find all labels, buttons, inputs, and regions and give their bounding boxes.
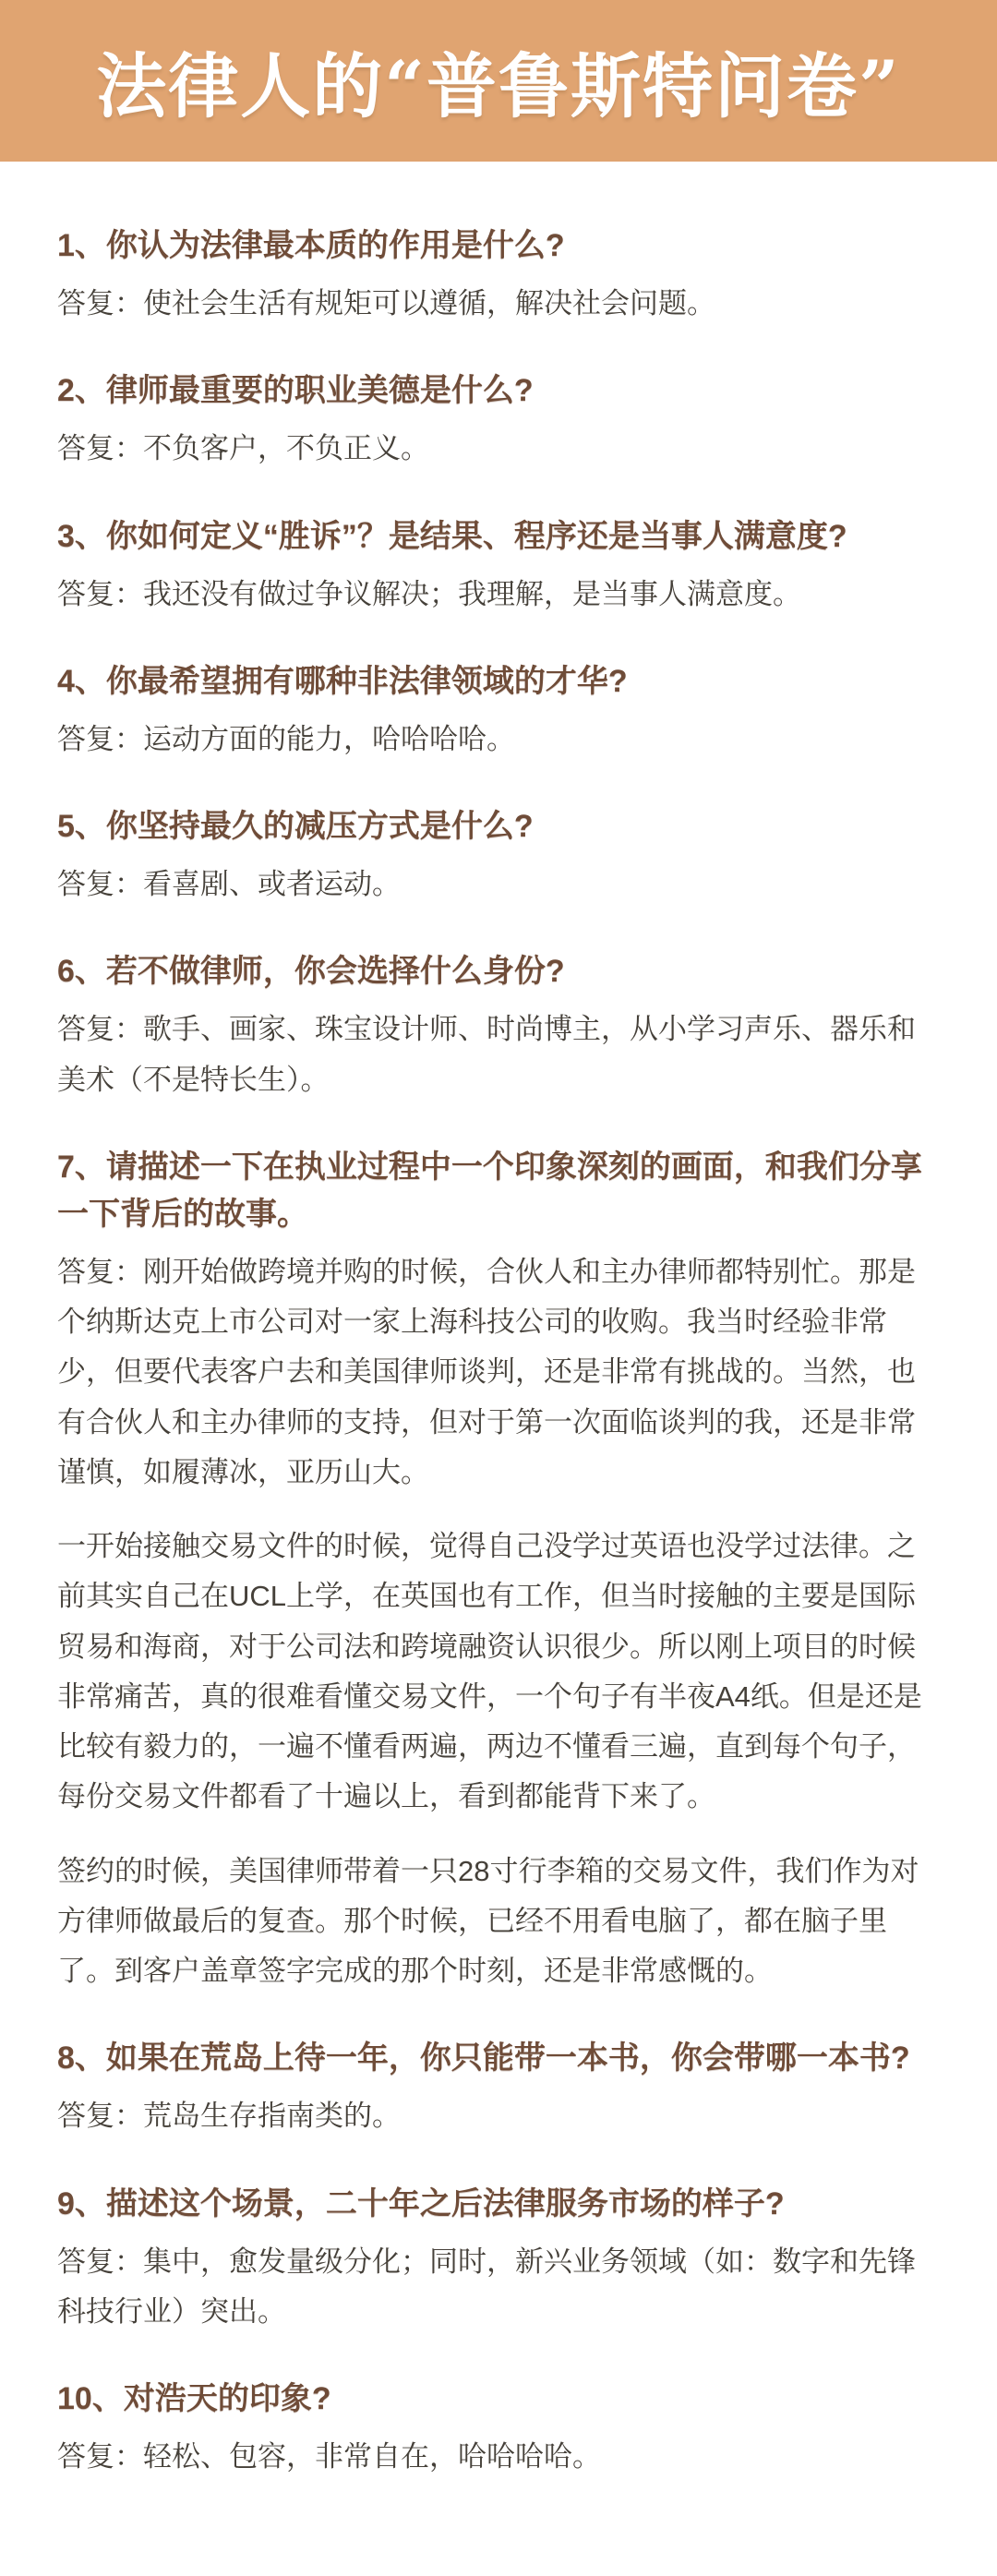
answer-paragraph: 答复：看喜剧、或者运动。 [57, 860, 938, 909]
question-heading: 8、如果在荒岛上待一年，你只能带一本书，你会带哪一本书? [57, 2035, 938, 2082]
answer-paragraph: 答复：刚开始做跨境并购的时候，合伙人和主办律师都特别忙。那是个纳斯达克上市公司对… [57, 1247, 938, 1498]
question-heading: 7、请描述一下在执业过程中一个印象深刻的画面，和我们分享一下背后的故事。 [57, 1144, 938, 1238]
question-heading: 1、你认为法律最本质的作用是什么? [57, 223, 938, 270]
question-heading: 10、对浩天的印象? [57, 2376, 938, 2423]
answer-paragraph: 答复：运动方面的能力，哈哈哈哈。 [57, 715, 938, 764]
qa-block: 6、若不做律师，你会选择什么身份?答复：歌手、画家、珠宝设计师、时尚博主，从小学… [57, 948, 938, 1105]
question-heading: 9、描述这个场景，二十年之后法律服务市场的样子? [57, 2181, 938, 2228]
qa-block: 10、对浩天的印象?答复：轻松、包容，非常自在，哈哈哈哈。 [57, 2376, 938, 2482]
question-heading: 4、你最希望拥有哪种非法律领域的才华? [57, 658, 938, 705]
qa-block: 5、你坚持最久的减压方式是什么?答复：看喜剧、或者运动。 [57, 803, 938, 909]
qa-article: 1、你认为法律最本质的作用是什么?答复：使社会生活有规矩可以遵循，解决社会问题。… [0, 162, 997, 2576]
question-heading: 2、律师最重要的职业美德是什么? [57, 367, 938, 415]
qa-block: 1、你认为法律最本质的作用是什么?答复：使社会生活有规矩可以遵循，解决社会问题。 [57, 223, 938, 329]
answer-paragraph: 答复：不负客户，不负正义。 [57, 424, 938, 474]
qa-block: 7、请描述一下在执业过程中一个印象深刻的画面，和我们分享一下背后的故事。答复：刚… [57, 1144, 938, 1997]
answer-paragraph: 答复：集中，愈发量级分化；同时，新兴业务领域（如：数字和先锋科技行业）突出。 [57, 2237, 938, 2338]
answer-paragraph: 一开始接触交易文件的时候，觉得自己没学过英语也没学过法律。之前其实自己在UCL上… [57, 1522, 938, 1823]
answer-paragraph: 答复：使社会生活有规矩可以遵循，解决社会问题。 [57, 279, 938, 329]
qa-block: 2、律师最重要的职业美德是什么?答复：不负客户，不负正义。 [57, 367, 938, 474]
answer-paragraph: 答复：荒岛生存指南类的。 [57, 2091, 938, 2141]
answer-paragraph: 答复：轻松、包容，非常自在，哈哈哈哈。 [57, 2432, 938, 2482]
question-heading: 3、你如何定义“胜诉”？是结果、程序还是当事人满意度? [57, 513, 938, 560]
qa-list: 1、你认为法律最本质的作用是什么?答复：使社会生活有规矩可以遵循，解决社会问题。… [57, 223, 938, 2482]
qa-block: 3、你如何定义“胜诉”？是结果、程序还是当事人满意度?答复：我还没有做过争议解决… [57, 513, 938, 620]
answer-paragraph: 答复：歌手、画家、珠宝设计师、时尚博主，从小学习声乐、器乐和美术（不是特长生）。 [57, 1005, 938, 1105]
qa-block: 9、描述这个场景，二十年之后法律服务市场的样子?答复：集中，愈发量级分化；同时，… [57, 2181, 938, 2338]
question-heading: 5、你坚持最久的减压方式是什么? [57, 803, 938, 850]
qa-block: 4、你最希望拥有哪种非法律领域的才华?答复：运动方面的能力，哈哈哈哈。 [57, 658, 938, 764]
page-title: 法律人的“普鲁斯特问卷” [96, 30, 900, 131]
title-banner: 法律人的“普鲁斯特问卷” [0, 0, 997, 162]
answer-paragraph: 签约的时候，美国律师带着一只28寸行李箱的交易文件，我们作为对方律师做最后的复查… [57, 1847, 938, 1997]
qa-block: 8、如果在荒岛上待一年，你只能带一本书，你会带哪一本书?答复：荒岛生存指南类的。 [57, 2035, 938, 2141]
answer-paragraph: 答复：我还没有做过争议解决；我理解，是当事人满意度。 [57, 570, 938, 620]
question-heading: 6、若不做律师，你会选择什么身份? [57, 948, 938, 995]
